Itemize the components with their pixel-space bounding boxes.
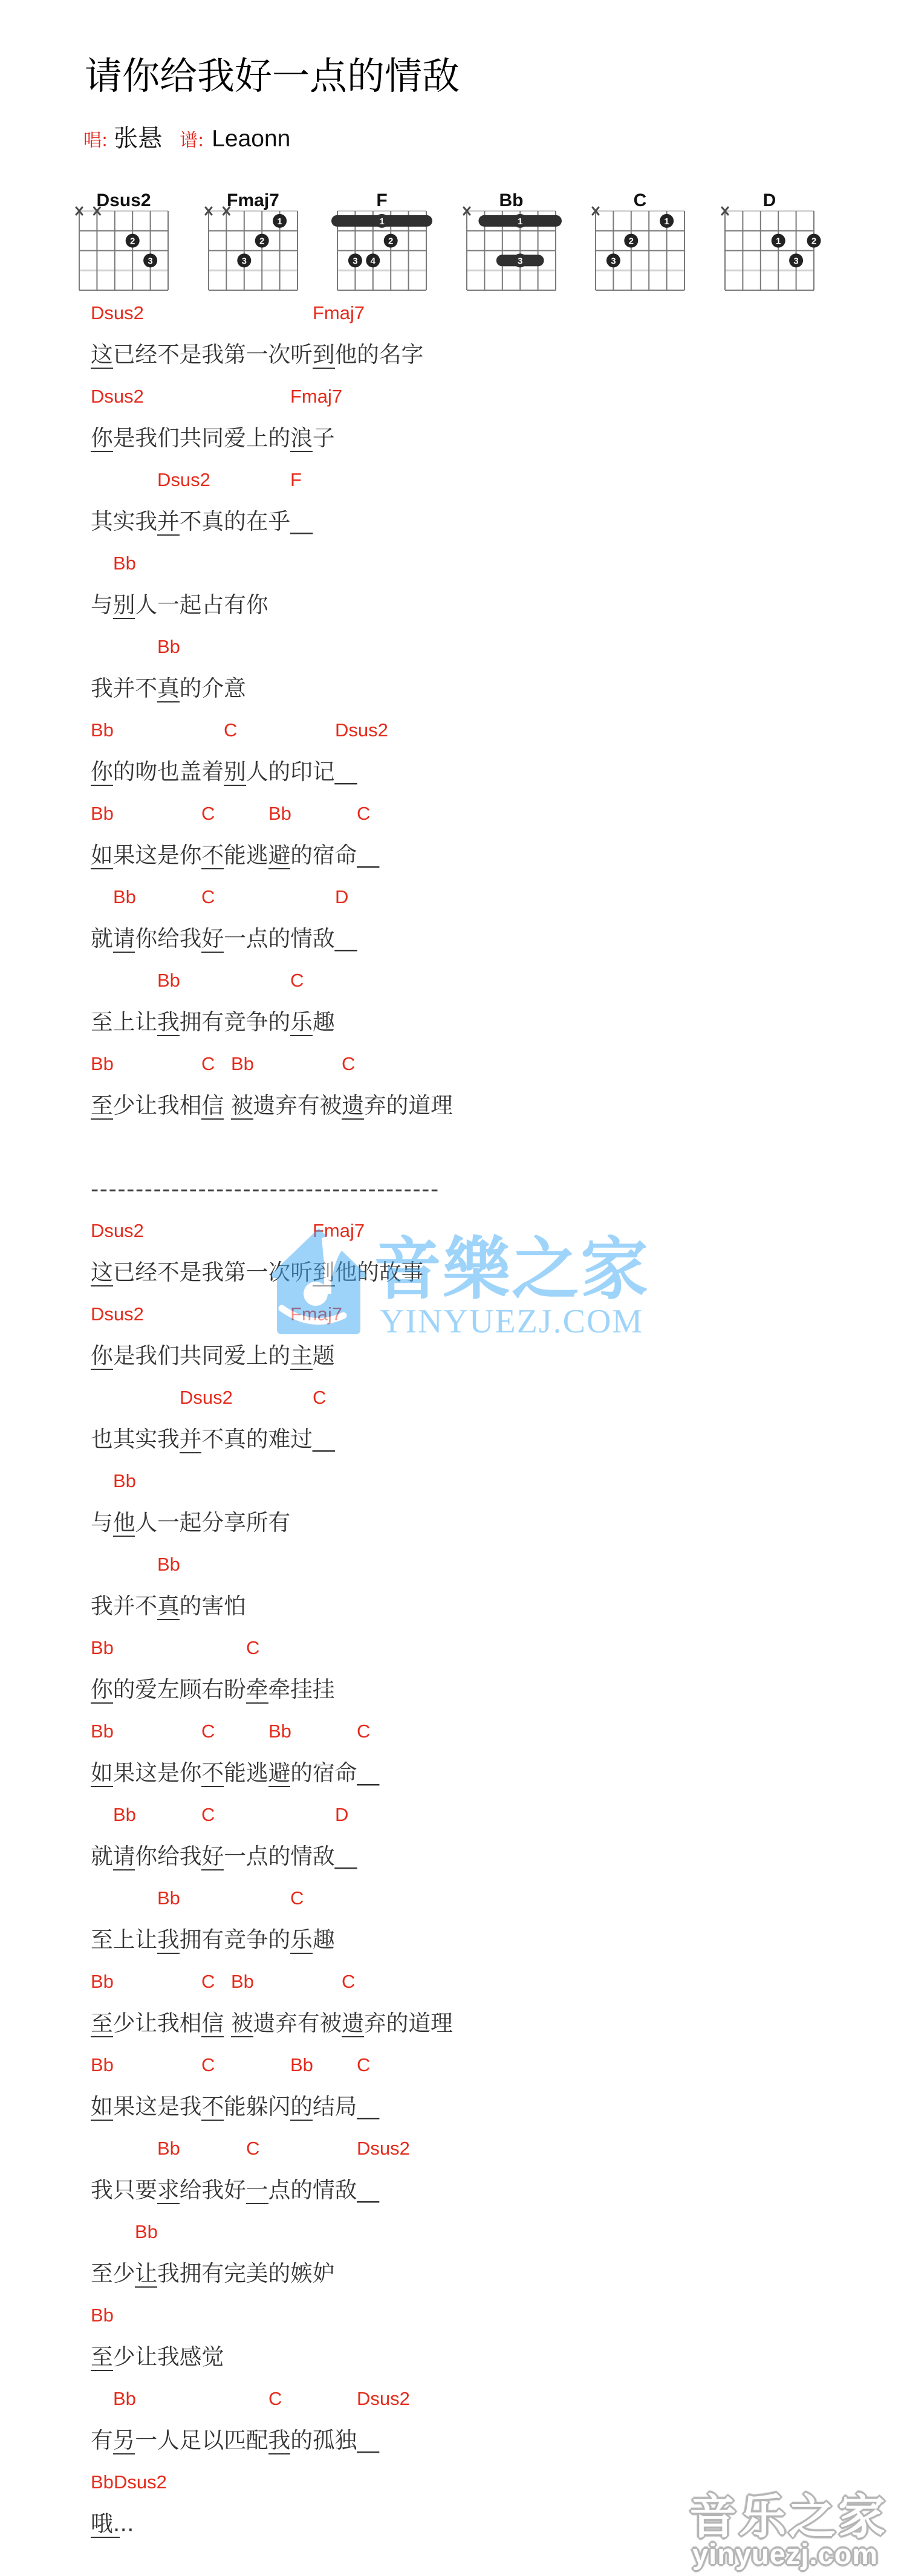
lyric-text: 趣 (313, 1009, 335, 1035)
lyric-text: 也其实我 (91, 1426, 180, 1452)
lyric-text: 点的情敌 (268, 2177, 357, 2203)
chord-name: Dsus2 (357, 2378, 410, 2419)
finger-number: 1 (665, 216, 669, 227)
chord-marked-syllable: 你 (91, 425, 113, 452)
lyric-line: 有另一人足以匹配我的孤独__ (91, 2419, 889, 2461)
chord-name: Bb (91, 2044, 114, 2086)
chord-marked-syllable: 浪 (290, 425, 313, 452)
chord-row: BbCBbC (91, 1710, 889, 1752)
lyric-text: 至少 (91, 2260, 135, 2286)
finger-dot: 3 (143, 253, 157, 267)
chord-marked-syllable: 我 (268, 2427, 291, 2454)
song-meta: 唱:张悬谱:Leaonn (83, 124, 290, 155)
lyric-text: 我只要 (91, 2177, 157, 2203)
lyric-text: __ (290, 508, 313, 534)
chord-diagram-label: Dsus2 (96, 190, 151, 210)
lyric-line: 至少让我拥有完美的嫉妒 (91, 2253, 889, 2294)
chord-marked-syllable: . (113, 2511, 120, 2538)
finger-number: 1 (518, 216, 522, 227)
lyric-line: 就请你给我好一点的情敌__ (91, 918, 889, 959)
finger-dot: 2 (384, 234, 398, 248)
lyric-line: 至上让我拥有竞争的乐趣 (91, 1001, 889, 1043)
lyric-line: 与别人一起占有你 (91, 584, 889, 626)
chord-marked-syllable: 我 (157, 1927, 180, 1954)
chord-marked-syllable: 真 (157, 1593, 180, 1620)
finger-number: 3 (241, 256, 246, 266)
chord-row: BbCDsus2 (91, 709, 889, 751)
chord-marked-syllable: 这 (91, 1259, 113, 1286)
chord-row: BbCD (91, 876, 889, 918)
chord-name: C (290, 959, 304, 1001)
chord-marked-syllable: 遗 (342, 1092, 364, 1120)
lyric-text: 拥有竞争的 (180, 1927, 290, 1953)
chord-name: Bb (157, 2127, 180, 2169)
song-title: 请你给我好一点的情敌 (85, 57, 460, 95)
lyric-text: 是我们共同爱上的 (113, 425, 291, 451)
lyric-text: 他的故事 (335, 1259, 424, 1285)
chord-name: Dsus2 (91, 292, 144, 334)
chord-marked-syllable: 请 (113, 926, 135, 953)
lyric-text: 的介意 (180, 675, 246, 701)
lyric-line: 你的吻也盖着别人的印记__ (91, 751, 889, 793)
lyric-text: 果这是你 (113, 1760, 202, 1786)
finger-number: 2 (629, 236, 634, 247)
chord-row: Dsus2C (91, 1377, 889, 1418)
chord-marked-syllable: 至 (91, 2010, 113, 2037)
lyric-text: 就 (91, 1843, 113, 1869)
tab-author-name: Leaonn (212, 126, 290, 152)
lyric-text: 果这是你 (113, 842, 202, 868)
chord-name: Bb (157, 959, 180, 1001)
finger-number: 1 (277, 216, 282, 227)
lyric-line: 与他人一起分享所有 (91, 1502, 889, 1543)
lyric-text: 不真的难过 (201, 1426, 312, 1452)
chord-name: Fmaj7 (290, 375, 342, 417)
chord-row: Bb (91, 1543, 889, 1585)
chord-name: C (201, 1710, 215, 1752)
chord-row: Dsus2Fmaj7 (91, 1210, 889, 1251)
chord-marked-syllable: 让 (135, 2260, 157, 2288)
lyric-text: 趣 (313, 1927, 335, 1953)
chord-name: C (201, 1043, 215, 1085)
lyric-text: 至上让 (91, 1009, 157, 1035)
chord-marked-syllable: 这 (91, 342, 113, 369)
lyric-text: 你给我 (135, 1843, 201, 1869)
chord-marked-syllable: 信 (201, 1092, 224, 1120)
chord-marked-syllable: 不 (201, 842, 224, 869)
lyric-text: 少让我相 (113, 1092, 202, 1118)
chord-name: Bb (113, 542, 136, 584)
chord-name: C (342, 1043, 355, 1085)
chord-diagram-label: Fmaj7 (227, 190, 279, 210)
chord-name: Bb (91, 1961, 114, 2002)
chord-name: Bb (91, 793, 114, 834)
chord-name: Dsus2 (180, 1377, 233, 1418)
chord-marked-syllable: 被 (231, 2010, 253, 2037)
lyric-text: 其实我 (91, 508, 157, 534)
chord-name: Bb (157, 626, 180, 667)
lyric-text: 少让我相 (113, 2010, 202, 2036)
chord-row: Bb (91, 2211, 889, 2253)
chord-name: C (357, 2044, 370, 2086)
chord-row: Bb (91, 626, 889, 667)
finger-dot: 1 (273, 214, 287, 228)
chord-marked-syllable: 一 (246, 2177, 268, 2204)
chord-marked-syllable: 如 (91, 842, 113, 869)
lyric-text: 的吻也盖着 (113, 759, 224, 785)
chord-name: Bb (290, 2044, 313, 2086)
finger-number: 1 (380, 216, 385, 227)
lyric-text: 与 (91, 592, 113, 618)
chord-row: Dsus2Fmaj7 (91, 292, 889, 334)
chord-row: Bb (91, 1460, 889, 1502)
lyric-text: 牵挂挂 (268, 1676, 335, 1702)
chord-name: Dsus2 (357, 2127, 410, 2169)
lyric-text: 给我好 (180, 2177, 246, 2203)
lyric-text: 遗弃有被 (253, 2010, 342, 2036)
chord-name: C (201, 2044, 215, 2086)
lyric-text: 的爱左顾右盼 (113, 1676, 246, 1702)
section-divider: --------------------------------------- (91, 1168, 889, 1210)
chord-name: C (357, 793, 370, 834)
chord-name: Dsus2 (157, 459, 210, 501)
finger-dot: 3 (237, 253, 251, 267)
chord-marked-syllable: 求 (157, 2177, 180, 2204)
finger-number: 2 (811, 236, 816, 247)
lyric-line: 至上让我拥有竞争的乐趣 (91, 1919, 889, 1961)
lyric-text: 不真的在乎 (180, 508, 290, 534)
lyric-line: 我并不真的介意 (91, 667, 889, 709)
finger-number: 3 (611, 256, 616, 266)
lyric-text: 你给我 (135, 926, 201, 952)
chord-name: Bb (113, 1794, 136, 1835)
chord-diagram-label: Bb (499, 190, 523, 210)
lyric-text: __ (335, 759, 357, 785)
lyric-line: 你是我们共同爱上的浪子 (91, 417, 889, 459)
chord-row: BbCBbC (91, 2044, 889, 2086)
tab-author-label: 谱: (180, 130, 204, 151)
chord-diagram-label: C (634, 190, 647, 210)
lyric-line: 如果这是我不能躲闪的结局__ (91, 2086, 889, 2127)
chord-marked-syllable: 你 (91, 759, 113, 786)
lyric-text: 子 (313, 425, 335, 451)
barre-marker: 1 (331, 214, 432, 228)
lyric-line: 这已经不是我第一次听到他的故事 (91, 1251, 889, 1293)
lyric-text: __ (357, 2094, 379, 2120)
chord-diagrams: Dsus223Fmaj7123F1234Bb13C123D123 (0, 181, 907, 296)
lyric-text: 拥有竞争的 (180, 1009, 290, 1035)
chord-marked-syllable: 好 (201, 926, 224, 953)
lyric-text: 题 (313, 1343, 335, 1369)
finger-dot: 4 (366, 253, 380, 267)
chord-name: Fmaj7 (313, 292, 365, 334)
chord-diagram-bb: Bb13 (455, 181, 570, 296)
lyric-line: 这已经不是我第一次听到他的名字 (91, 334, 889, 375)
finger-number: 2 (130, 236, 135, 247)
chord-name: Bb (113, 2378, 136, 2419)
lyric-line: 如果这是你不能逃避的宿命__ (91, 834, 889, 876)
lyric-text: 人一起分享所有 (135, 1510, 290, 1536)
chord-diagram-dsus2: Dsus223 (67, 181, 182, 296)
finger-dot: 3 (789, 253, 803, 267)
finger-dot: 2 (255, 234, 268, 248)
chord-name: Bb (91, 1043, 114, 1085)
lyric-text: 至上让 (91, 1927, 157, 1953)
lyric-line: 其实我并不真的在乎__ (91, 501, 889, 542)
chord-marked-syllable: 并 (157, 508, 180, 536)
chord-marked-syllable: 被 (231, 1092, 253, 1120)
chord-name: Dsus2 (335, 709, 388, 751)
chord-name: C (313, 1377, 326, 1418)
lyric-line: 如果这是你不能逃避的宿命__ (91, 1752, 889, 1794)
lyric-line: 你的爱左顾右盼牵牵挂挂 (91, 1669, 889, 1710)
chord-diagram-fmaj7: Fmaj7123 (197, 181, 311, 296)
chord-marked-syllable: 信 (201, 2010, 224, 2037)
chord-row: Dsus2Fmaj7 (91, 375, 889, 417)
chord-name: Bb (91, 2294, 114, 2336)
chord-name: Bb (231, 1961, 254, 2002)
chord-sheet: Dsus2Fmaj7这已经不是我第一次听到他的名字Dsus2Fmaj7你是我们共… (91, 292, 889, 2545)
chord-diagram-f: F1234 (325, 181, 440, 296)
chord-diagram-d: D123 (713, 181, 828, 296)
lyric-text: 有 (91, 2427, 113, 2453)
chord-marked-syllable: 主 (290, 1343, 313, 1370)
lyric-text: __ (357, 2427, 379, 2453)
chord-name: C (201, 1794, 215, 1835)
chord-marked-syllable: 如 (91, 2094, 113, 2121)
lyric-text: 结局 (313, 2094, 357, 2120)
lyric-text: 已经不是我第一次听 (113, 1259, 313, 1285)
lyric-text: 我并不 (91, 675, 157, 701)
lyric-line: 哦... (91, 2503, 889, 2545)
finger-number: 3 (793, 256, 798, 266)
lyric-text: 弃的道理 (364, 2010, 453, 2036)
chord-row: Bb (91, 2294, 889, 2336)
lyric-line: 也其实我并不真的难过__ (91, 1418, 889, 1460)
lyric-text: 果这是我 (113, 2094, 202, 2120)
chord-name: Fmaj7 (290, 1293, 342, 1335)
chord-name: Bb (91, 1710, 114, 1752)
chord-marked-syllable: 并 (180, 1426, 202, 1453)
finger-number: 4 (371, 256, 376, 266)
lyric-line: 你是我们共同爱上的主题 (91, 1335, 889, 1377)
lyric-line: 至少让我感觉 (91, 2336, 889, 2378)
lyric-text: 人的印记 (246, 759, 335, 785)
lyric-text: __ (357, 842, 379, 868)
finger-dot: 3 (606, 253, 620, 267)
chord-marked-syllable: 另 (113, 2427, 135, 2454)
lyric-line: 我并不真的害怕 (91, 1585, 889, 1627)
chord-marked-syllable: 的 (290, 2094, 313, 2121)
chord-row: BbCDsus2 (91, 2127, 889, 2169)
lyric-text: __ (357, 2177, 379, 2203)
chord-name: Dsus2 (91, 1293, 144, 1335)
lyric-text: __ (335, 926, 357, 952)
chord-marked-syllable: 请 (113, 1843, 135, 1870)
lyric-text: 能躲闪 (224, 2094, 290, 2120)
lyric-text: 能逃 (224, 1760, 268, 1786)
chord-row: Dsus2Fmaj7 (91, 1293, 889, 1335)
finger-dot: 3 (348, 253, 362, 267)
finger-dot: 1 (772, 234, 785, 248)
chord-name: C (246, 1627, 259, 1669)
chord-row: BbCBbC (91, 793, 889, 834)
chord-name: C (268, 2378, 282, 2419)
chord-name: C (290, 1877, 304, 1919)
chord-diagram-c: C123 (584, 181, 698, 296)
chord-name: C (357, 1710, 370, 1752)
chord-row: Bb (91, 542, 889, 584)
finger-dot: 1 (660, 214, 674, 228)
chord-marked-syllable: 你 (91, 1343, 113, 1370)
finger-dot: 2 (625, 234, 639, 248)
chord-marked-syllable: 哦 (91, 2511, 113, 2538)
chord-marked-syllable: 好 (201, 1843, 224, 1870)
lyric-text: 弃的道理 (364, 1092, 453, 1118)
chord-diagram-label: F (377, 190, 388, 210)
chord-name: C (201, 1961, 215, 2002)
chord-name: Bb (91, 2461, 114, 2503)
lyric-text: 的宿命 (290, 842, 357, 868)
finger-dot: 2 (126, 234, 140, 248)
chord-name: Bb (268, 793, 291, 834)
chord-diagram-label: D (763, 190, 776, 210)
chord-name: Bb (91, 1627, 114, 1669)
chord-name: D (335, 1794, 348, 1835)
singer-label: 唱: (83, 130, 108, 151)
finger-number: 3 (353, 256, 357, 266)
finger-number: 2 (388, 236, 393, 247)
chord-row: BbCBbC (91, 1961, 889, 2002)
lyric-text: 遗弃有被 (253, 1092, 342, 1118)
lyric-text: 已经不是我第一次听 (113, 342, 313, 368)
singer-name: 张悬 (114, 125, 162, 152)
chord-marked-syllable: 乐 (290, 1927, 313, 1954)
finger-dot: 2 (807, 234, 821, 248)
chord-name: C (342, 1961, 355, 2002)
chord-marked-syllable: 到 (313, 342, 335, 369)
chord-row: BbC (91, 1877, 889, 1919)
chord-row: BbCBbC (91, 1043, 889, 1085)
chord-name: C (201, 793, 215, 834)
chord-name: Bb (231, 1043, 254, 1085)
chord-name: Bb (135, 2211, 158, 2253)
lyric-text: 一点的情敌 (224, 926, 334, 952)
chord-marked-syllable: 不 (201, 1760, 224, 1787)
lyric-text: 就 (91, 926, 113, 952)
chord-row: Dsus2F (91, 459, 889, 501)
chord-marked-syllable: 我 (157, 1009, 180, 1036)
chord-marked-syllable: 他 (113, 1510, 135, 1537)
chord-name: D (335, 876, 348, 918)
chord-marked-syllable: 真 (157, 675, 180, 702)
lyric-text: 能逃 (224, 842, 268, 868)
lyric-text: 他的名字 (335, 342, 424, 368)
lyric-text: 是我们共同爱上的 (113, 1343, 291, 1369)
chord-marked-syllable: 乐 (290, 1009, 313, 1036)
lyric-text: 一点的情敌 (224, 1843, 334, 1869)
lyric-text: 与 (91, 1510, 113, 1536)
chord-marked-syllable: 如 (91, 1760, 113, 1787)
lyric-line: 至少让我相信 被遗弃有被遗弃的道理 (91, 1085, 889, 1126)
chord-name: Dsus2 (91, 1210, 144, 1251)
lyric-text: __ (313, 1426, 335, 1452)
chord-name: F (290, 459, 302, 501)
chord-marked-syllable: 避 (268, 842, 291, 869)
lyric-text (224, 1092, 231, 1118)
finger-number: 1 (776, 236, 781, 247)
chord-marked-syllable: 不 (201, 2094, 224, 2121)
barre-marker: 3 (496, 253, 544, 267)
lyric-text: 人一起占有你 (135, 592, 268, 618)
lyric-text: 的害怕 (180, 1593, 246, 1619)
chord-name: Bb (113, 1460, 136, 1502)
finger-number: 3 (148, 256, 152, 266)
chord-row: BbCDsus2 (91, 2378, 889, 2419)
chord-name: C (224, 709, 237, 751)
chord-row: BbC (91, 959, 889, 1001)
chord-marked-syllable: 你 (91, 1676, 113, 1704)
chord-marked-syllable: 至 (91, 2344, 113, 2371)
chord-name: Bb (113, 876, 136, 918)
lyric-text: .. (120, 2511, 134, 2537)
lyric-text: 的孤独 (290, 2427, 357, 2453)
chord-name: C (201, 876, 215, 918)
blank-line (91, 1126, 889, 1168)
lyric-text: 我拥有完美的嫉妒 (157, 2260, 335, 2286)
lyric-line: 就请你给我好一点的情敌__ (91, 1835, 889, 1877)
chord-name: Bb (157, 1877, 180, 1919)
chord-row: BbCD (91, 1794, 889, 1835)
lyric-text: 我并不 (91, 1593, 157, 1619)
lyric-text: 少让我感觉 (113, 2344, 224, 2370)
chord-name: Dsus2 (114, 2461, 167, 2503)
lyric-text: __ (335, 1843, 357, 1869)
chord-marked-syllable: 牵 (246, 1676, 268, 1704)
lyric-text (224, 2010, 231, 2036)
barre-marker: 1 (478, 214, 562, 228)
chord-marked-syllable: 至 (91, 1092, 113, 1120)
chord-name: Bb (91, 709, 114, 751)
chord-row: BbC (91, 1627, 889, 1669)
lyric-text: 一人足以匹配 (135, 2427, 268, 2453)
chord-marked-syllable: 遗 (342, 2010, 364, 2037)
chord-name: Bb (157, 1543, 180, 1585)
chord-marked-syllable: 别 (113, 592, 135, 619)
chord-marked-syllable: 避 (268, 1760, 291, 1787)
chord-marked-syllable: 别 (224, 759, 246, 786)
lyric-text: 的宿命 (290, 1760, 357, 1786)
chord-row: BbDsus2 (91, 2461, 889, 2503)
chord-name: Dsus2 (91, 375, 144, 417)
chord-marked-syllable: 到 (313, 1259, 335, 1286)
finger-number: 3 (518, 256, 522, 266)
chord-name: C (246, 2127, 259, 2169)
finger-number: 2 (259, 236, 264, 247)
lyric-text: __ (357, 1760, 379, 1786)
lyric-line: 我只要求给我好一点的情敌__ (91, 2169, 889, 2211)
chord-name: Bb (268, 1710, 291, 1752)
chord-name: Fmaj7 (313, 1210, 365, 1251)
lyric-line: 至少让我相信 被遗弃有被遗弃的道理 (91, 2002, 889, 2044)
